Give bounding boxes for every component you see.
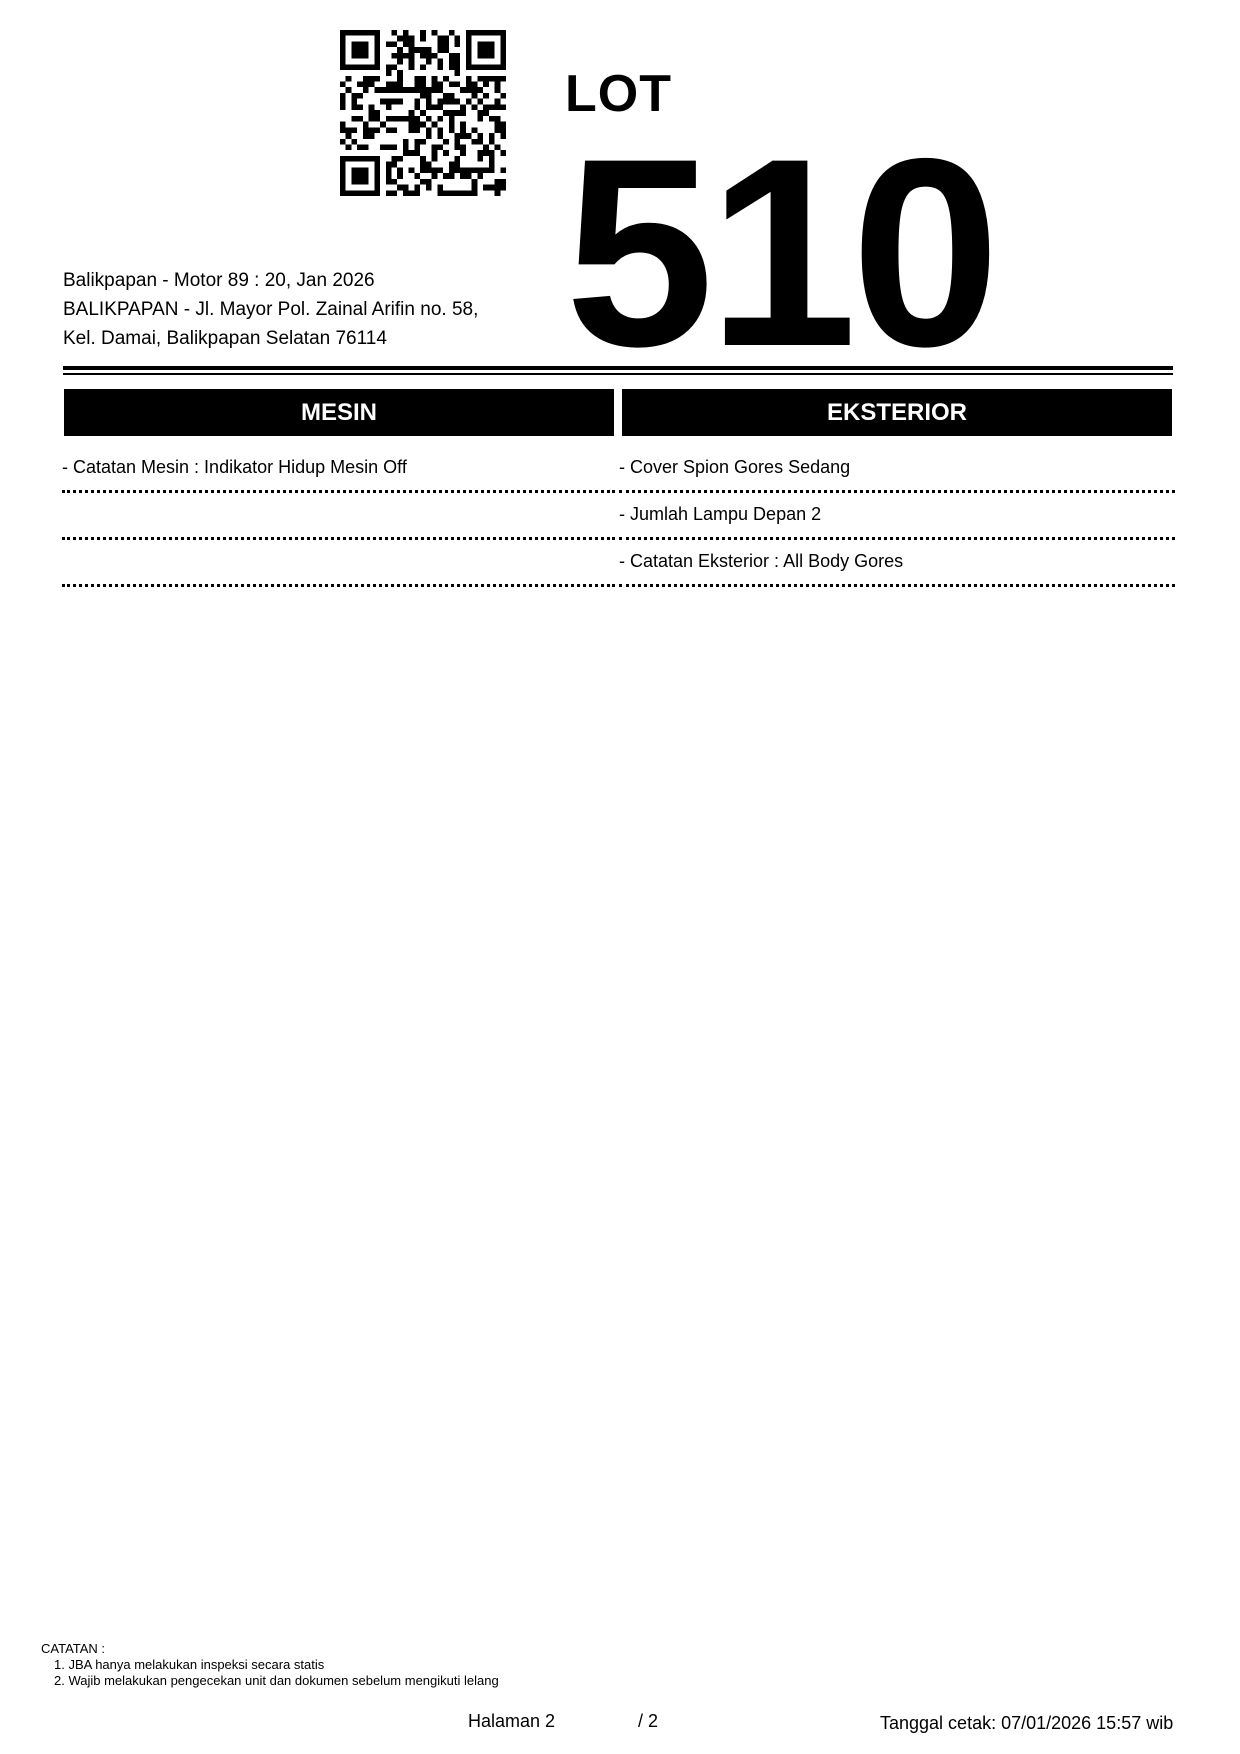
notes-block: CATATAN : 1. JBA hanya melakukan inspeks… <box>41 1641 499 1689</box>
print-date: Tanggal cetak: 07/01/2026 15:57 wib <box>880 1713 1173 1734</box>
divider-thin <box>63 373 1173 375</box>
lot-number: 510 <box>565 118 994 386</box>
list-item <box>62 540 615 587</box>
divider-thick <box>63 366 1173 370</box>
address-line-2: Kel. Damai, Balikpapan Selatan 76114 <box>63 329 387 348</box>
qr-code-icon <box>340 30 506 196</box>
list-item: - Cover Spion Gores Sedang <box>619 446 1175 493</box>
list-item: - Catatan Eksterior : All Body Gores <box>619 540 1175 587</box>
page-number: Halaman 2 <box>468 1711 555 1732</box>
list-item-text: - Catatan Mesin : Indikator Hidup Mesin … <box>62 457 407 478</box>
list-item-text: - Jumlah Lampu Depan 2 <box>619 504 821 525</box>
section-header-eksterior: EKSTERIOR <box>622 389 1172 436</box>
note-item: 1. JBA hanya melakukan inspeksi secara s… <box>41 1657 499 1673</box>
auction-title: Balikpapan - Motor 89 : 20, Jan 2026 <box>63 271 375 290</box>
notes-title: CATATAN : <box>41 1641 499 1657</box>
list-item: - Catatan Mesin : Indikator Hidup Mesin … <box>62 446 615 493</box>
mesin-list: - Catatan Mesin : Indikator Hidup Mesin … <box>62 446 615 587</box>
note-item: 2. Wajib melakukan pengecekan unit dan d… <box>41 1673 499 1689</box>
address-line-1: BALIKPAPAN - Jl. Mayor Pol. Zainal Arifi… <box>63 300 478 319</box>
section-header-mesin: MESIN <box>64 389 614 436</box>
list-item-text: - Catatan Eksterior : All Body Gores <box>619 551 903 572</box>
list-item: - Jumlah Lampu Depan 2 <box>619 493 1175 540</box>
eksterior-list: - Cover Spion Gores Sedang - Jumlah Lamp… <box>619 446 1175 587</box>
list-item <box>62 493 615 540</box>
list-item-text: - Cover Spion Gores Sedang <box>619 457 850 478</box>
page-total: / 2 <box>638 1711 658 1732</box>
